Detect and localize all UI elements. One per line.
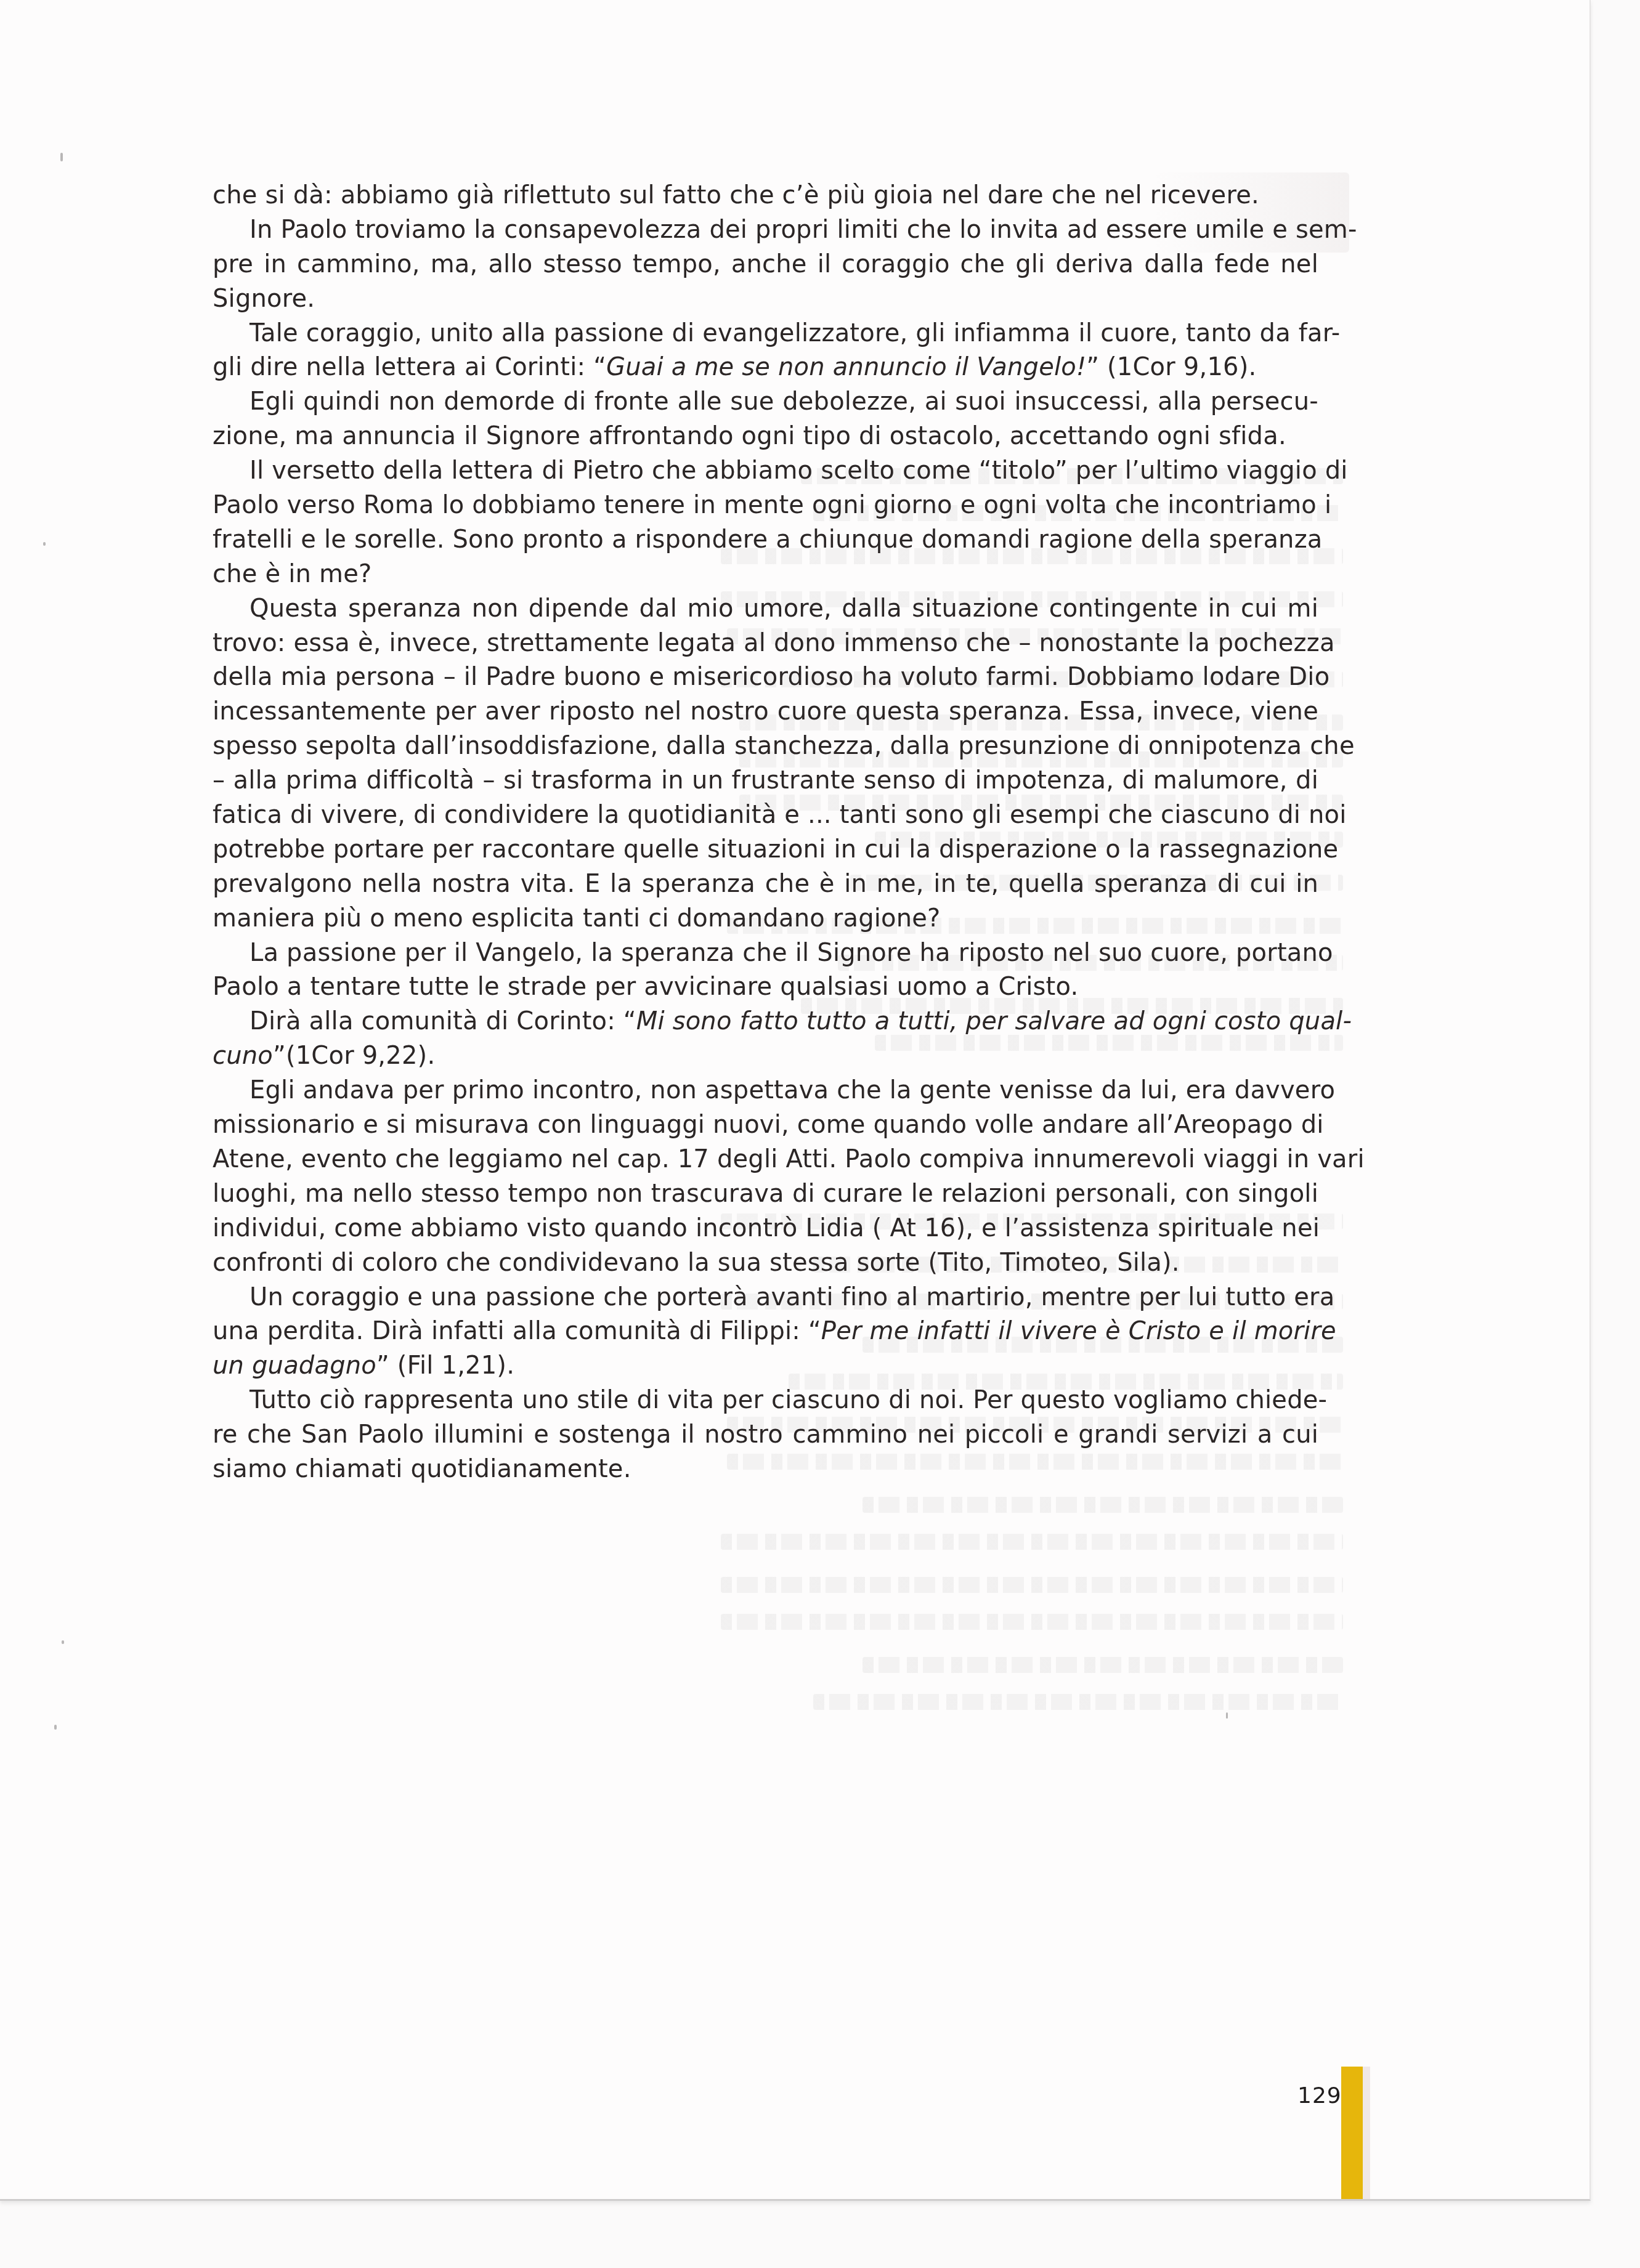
text-line: Tale coraggio, unito alla passione di ev… bbox=[213, 317, 1318, 351]
paragraph: Tale coraggio, unito alla passione di ev… bbox=[213, 317, 1318, 386]
paragraph: In Paolo troviamo la consapevolezza dei … bbox=[213, 213, 1318, 317]
text-run: La passione per il Vangelo, la speranza … bbox=[250, 939, 1333, 967]
scanned-page: che si dà: abbiamo già riflettuto sul fa… bbox=[0, 0, 1591, 2201]
text-run: trovo: essa è, invece, strettamente lega… bbox=[213, 629, 1335, 657]
page-number: 129 bbox=[1297, 2083, 1342, 2108]
text-run: Tutto ciò rappresenta uno stile di vita … bbox=[250, 1386, 1327, 1414]
text-run: missionario e si misurava con linguaggi … bbox=[213, 1111, 1324, 1139]
text-line: della mia persona – il Padre buono e mis… bbox=[213, 660, 1318, 695]
text-line: Paolo a tentare tutte le strade per avvi… bbox=[213, 970, 1318, 1005]
accent-bar bbox=[1341, 2067, 1363, 2199]
paragraph: Egli andava per primo incontro, non aspe… bbox=[213, 1074, 1318, 1280]
italic-quote: un guadagno bbox=[213, 1351, 376, 1380]
text-line: un guadagno” (Fil 1,21). bbox=[213, 1349, 1318, 1383]
text-run: prevalgono nella nostra vita. E la spera… bbox=[213, 870, 1318, 898]
text-line: incessantemente per aver riposto nel nos… bbox=[213, 695, 1318, 729]
text-run: Un coraggio e una passione che porterà a… bbox=[250, 1283, 1334, 1311]
text-run: Egli andava per primo incontro, non aspe… bbox=[250, 1076, 1335, 1104]
text-line: zione, ma annuncia il Signore affrontand… bbox=[213, 419, 1318, 454]
text-run: confronti di coloro che condividevano la… bbox=[213, 1249, 1180, 1277]
text-line: Egli quindi non demorde di fronte alle s… bbox=[213, 385, 1318, 419]
bleed-line bbox=[721, 1534, 1343, 1550]
text-run: fratelli e le sorelle. Sono pronto a ris… bbox=[213, 525, 1323, 554]
text-run: pre in cammino, ma, allo stesso tempo, a… bbox=[213, 250, 1318, 278]
text-run: Dirà alla comunità di Corinto: “ bbox=[250, 1007, 636, 1035]
bleed-line bbox=[813, 1694, 1343, 1710]
text-line: fratelli e le sorelle. Sono pronto a ris… bbox=[213, 523, 1318, 557]
text-line: siamo chiamati quotidianamente. bbox=[213, 1452, 1318, 1487]
text-line: Questa speranza non dipende dal mio umor… bbox=[213, 592, 1318, 626]
text-run: Paolo verso Roma lo dobbiamo tenere in m… bbox=[213, 491, 1331, 519]
bleed-line bbox=[863, 1497, 1343, 1513]
text-run: Signore. bbox=[213, 285, 315, 313]
text-line: una perdita. Dirà infatti alla comunità … bbox=[213, 1314, 1318, 1349]
paragraph: Egli quindi non demorde di fronte alle s… bbox=[213, 385, 1318, 454]
text-run: Questa speranza non dipende dal mio umor… bbox=[250, 594, 1318, 623]
text-line: Dirà alla comunità di Corinto: “Mi sono … bbox=[213, 1005, 1318, 1039]
text-line: luoghi, ma nello stesso tempo non trascu… bbox=[213, 1177, 1318, 1212]
text-run: re che San Paolo illumini e sostenga il … bbox=[213, 1420, 1318, 1449]
text-line: che è in me? bbox=[213, 557, 1318, 592]
text-line: Tutto ciò rappresenta uno stile di vita … bbox=[213, 1383, 1318, 1418]
italic-quote: Per me infatti il vivere è Cristo e il m… bbox=[821, 1317, 1336, 1345]
text-run: che è in me? bbox=[213, 560, 371, 588]
scan-speck bbox=[43, 542, 46, 546]
text-line: prevalgono nella nostra vita. E la spera… bbox=[213, 867, 1318, 902]
text-run: In Paolo troviamo la consapevolezza dei … bbox=[250, 216, 1357, 244]
text-run: potrebbe portare per raccontare quelle s… bbox=[213, 835, 1338, 864]
paragraph: Tutto ciò rappresenta uno stile di vita … bbox=[213, 1383, 1318, 1487]
text-run: che si dà: abbiamo già riflettuto sul fa… bbox=[213, 181, 1259, 209]
paragraph: Il versetto della lettera di Pietro che … bbox=[213, 454, 1318, 592]
text-run: Tale coraggio, unito alla passione di ev… bbox=[250, 319, 1341, 347]
paragraph: Questa speranza non dipende dal mio umor… bbox=[213, 592, 1318, 936]
paragraph: La passione per il Vangelo, la speranza … bbox=[213, 936, 1318, 1005]
scan-speck bbox=[60, 153, 63, 161]
text-line: fatica di vivere, di condividere la quot… bbox=[213, 798, 1318, 833]
text-line: individui, come abbiamo visto quando inc… bbox=[213, 1212, 1318, 1246]
text-run: zione, ma annuncia il Signore affrontand… bbox=[213, 422, 1286, 450]
text-line: che si dà: abbiamo già riflettuto sul fa… bbox=[213, 179, 1318, 213]
italic-quote: Mi sono fatto tutto a tutti, per salvare… bbox=[636, 1007, 1352, 1035]
paragraph: che si dà: abbiamo già riflettuto sul fa… bbox=[213, 179, 1318, 213]
paragraph: Dirà alla comunità di Corinto: “Mi sono … bbox=[213, 1005, 1318, 1074]
text-run: maniera più o meno esplicita tanti ci do… bbox=[213, 904, 941, 933]
text-line: Un coraggio e una passione che porterà a… bbox=[213, 1281, 1318, 1315]
text-line: spesso sepolta dall’insoddisfazione, dal… bbox=[213, 729, 1318, 764]
text-line: In Paolo troviamo la consapevolezza dei … bbox=[213, 213, 1318, 248]
text-line: missionario e si misurava con linguaggi … bbox=[213, 1108, 1318, 1143]
text-line: maniera più o meno esplicita tanti ci do… bbox=[213, 902, 1318, 936]
text-run: – alla prima difficoltà – si trasforma i… bbox=[213, 766, 1318, 795]
italic-quote: cuno bbox=[213, 1042, 273, 1070]
italic-quote: Guai a me se non annuncio il Vangelo! bbox=[606, 353, 1086, 381]
body-text: che si dà: abbiamo già riflettuto sul fa… bbox=[213, 179, 1318, 1487]
text-run: ” (1Cor 9,16). bbox=[1086, 353, 1256, 381]
text-line: – alla prima difficoltà – si trasforma i… bbox=[213, 764, 1318, 798]
bleed-line bbox=[721, 1614, 1343, 1630]
text-line: Atene, evento che leggiamo nel cap. 17 d… bbox=[213, 1143, 1318, 1177]
text-run: Egli quindi non demorde di fronte alle s… bbox=[250, 387, 1318, 416]
text-run: individui, come abbiamo visto quando inc… bbox=[213, 1214, 1320, 1242]
text-run: Il versetto della lettera di Pietro che … bbox=[250, 456, 1348, 485]
text-run: ”(1Cor 9,22). bbox=[273, 1042, 435, 1070]
text-line: Signore. bbox=[213, 282, 1318, 317]
text-line: trovo: essa è, invece, strettamente lega… bbox=[213, 626, 1318, 661]
text-line: re che San Paolo illumini e sostenga il … bbox=[213, 1418, 1318, 1452]
text-line: potrebbe portare per raccontare quelle s… bbox=[213, 833, 1318, 867]
text-line: confronti di coloro che condividevano la… bbox=[213, 1246, 1318, 1281]
text-run: fatica di vivere, di condividere la quot… bbox=[213, 801, 1347, 829]
text-line: Il versetto della lettera di Pietro che … bbox=[213, 454, 1318, 488]
text-run: della mia persona – il Padre buono e mis… bbox=[213, 663, 1329, 691]
text-line: cuno”(1Cor 9,22). bbox=[213, 1039, 1318, 1074]
paragraph: Un coraggio e una passione che porterà a… bbox=[213, 1281, 1318, 1384]
text-line: pre in cammino, ma, allo stesso tempo, a… bbox=[213, 248, 1318, 282]
bleed-line bbox=[721, 1577, 1343, 1593]
scan-speck bbox=[62, 1640, 64, 1644]
text-run: Paolo a tentare tutte le strade per avvi… bbox=[213, 973, 1078, 1001]
text-run: una perdita. Dirà infatti alla comunità … bbox=[213, 1317, 821, 1345]
text-run: incessantemente per aver riposto nel nos… bbox=[213, 697, 1318, 726]
text-run: Atene, evento che leggiamo nel cap. 17 d… bbox=[213, 1145, 1365, 1173]
text-run: spesso sepolta dall’insoddisfazione, dal… bbox=[213, 732, 1355, 760]
scan-speck bbox=[54, 1725, 57, 1730]
text-run: siamo chiamati quotidianamente. bbox=[213, 1455, 631, 1483]
text-line: La passione per il Vangelo, la speranza … bbox=[213, 936, 1318, 971]
text-line: Egli andava per primo incontro, non aspe… bbox=[213, 1074, 1318, 1108]
accent-bar-shadow bbox=[1363, 2067, 1370, 2199]
text-line: gli dire nella lettera ai Corinti: “Guai… bbox=[213, 350, 1318, 385]
bleed-line bbox=[863, 1657, 1343, 1673]
text-run: luoghi, ma nello stesso tempo non trascu… bbox=[213, 1180, 1318, 1208]
text-run: ” (Fil 1,21). bbox=[376, 1351, 514, 1380]
text-line: Paolo verso Roma lo dobbiamo tenere in m… bbox=[213, 488, 1318, 523]
text-run: gli dire nella lettera ai Corinti: “ bbox=[213, 353, 606, 381]
